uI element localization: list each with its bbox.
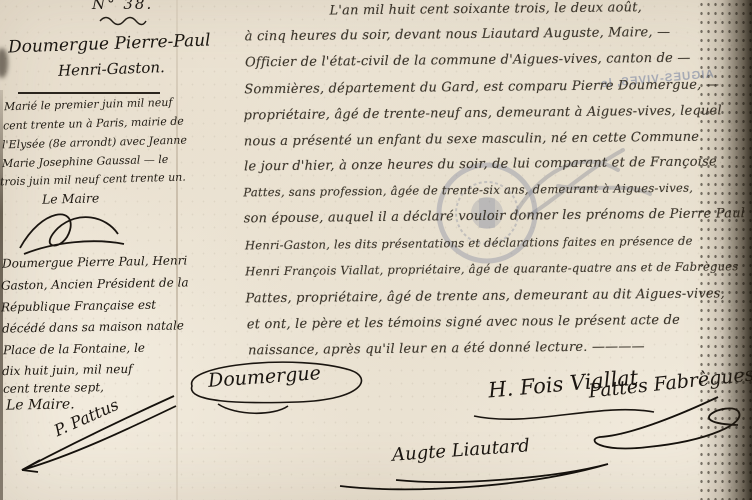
act-body-line: nous a présenté un enfant du sexe mascul…	[244, 130, 699, 150]
act-body-line: Pattes, propriétaire, âgé de trente ans,…	[245, 286, 725, 306]
act-body-line: Sommières, département du Gard, est comp…	[244, 77, 719, 97]
act-body-line: à cinq heures du soir, devant nous Liaut…	[245, 25, 671, 44]
act-body-line: Henri-Gaston, les dits présentations et …	[245, 234, 693, 253]
act-body-line: Officier de l'état-civil de la commune d…	[245, 51, 691, 71]
act-body-line: son épouse, auquel il a déclaré vouloir …	[244, 206, 746, 226]
act-body-line: le jour d'hier, à onze heures du soir, d…	[244, 154, 717, 174]
right-scan-edge	[698, 0, 752, 500]
act-body-line: et ont, le père et les témoins signé ave…	[247, 313, 680, 333]
birth-certificate-scan: N° 38. Doumergue Pierre-Paul Henri-Gasto…	[0, 0, 752, 500]
mayor-signature-swash	[336, 458, 616, 494]
act-body-line: Pattes, sans profession, âgée de trente-…	[243, 181, 693, 200]
act-body-line: Henri François Viallat, propriétaire, âg…	[245, 259, 738, 278]
act-body-line: L'an mil huit cent soixante trois, le de…	[329, 0, 642, 18]
father-signature-flourish	[178, 352, 378, 418]
act-body-line: propriétaire, âgé de trente-neuf ans, de…	[244, 103, 722, 123]
